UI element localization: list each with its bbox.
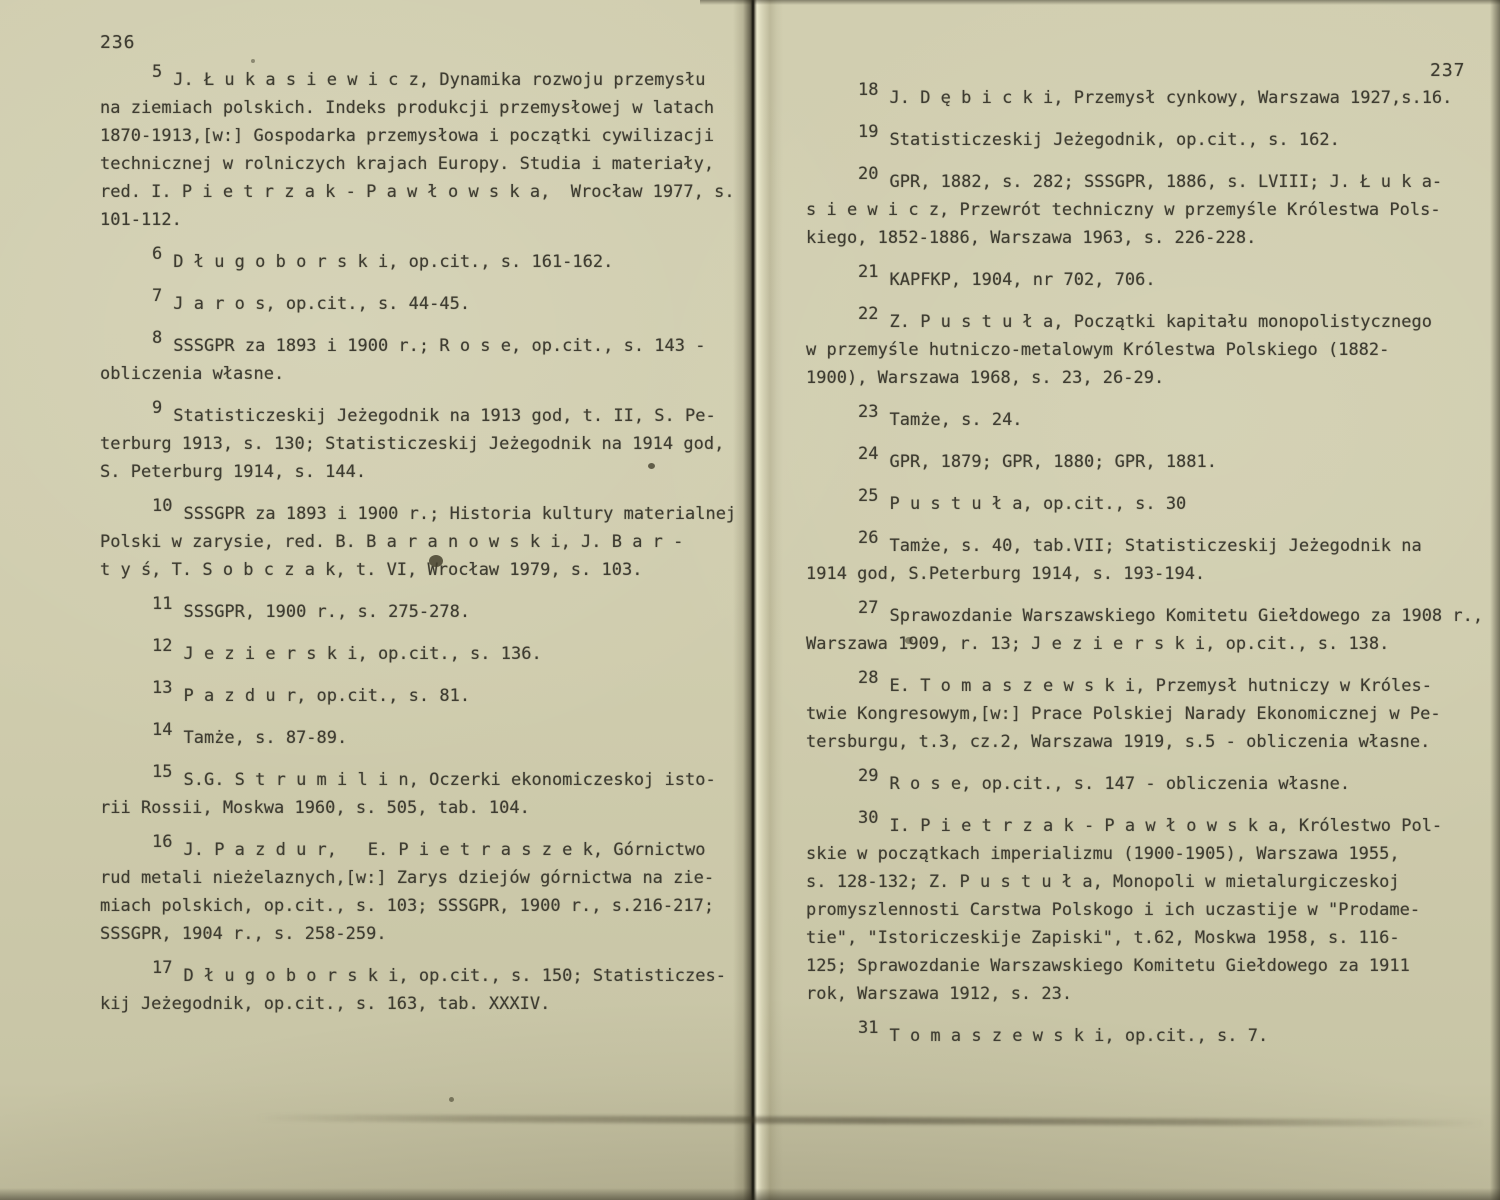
footnote-number: 9	[152, 394, 162, 422]
footnote-24: 24GPR, 1879; GPR, 1880; GPR, 1881.	[806, 448, 1496, 476]
footnote-line: Warszawa 1909, r. 13; J e z i e r s k i,…	[806, 630, 1496, 658]
footnote-text: J e z i e r s k i, op.cit., s. 136.	[183, 644, 541, 664]
footnote-number: 7	[152, 282, 162, 310]
photo-edge-right	[1490, 0, 1500, 1200]
footnote-line: 101-112.	[100, 206, 750, 234]
footnote-line: kij Jeżegodnik, op.cit., s. 163, tab. XX…	[100, 990, 750, 1018]
footnote-text: P u s t u ł a, op.cit., s. 30	[889, 494, 1186, 514]
footnote-text: Statisticzeskij Jeżegodnik, op.cit., s. …	[889, 130, 1339, 150]
footnote-line: 22Z. P u s t u ł a, Początki kapitału mo…	[806, 308, 1496, 336]
footnote-text: Sprawozdanie Warszawskiego Komitetu Gieł…	[889, 606, 1483, 626]
footnote-text: R o s e, op.cit., s. 147 - obliczenia wł…	[889, 774, 1350, 794]
ink-speck	[449, 1097, 454, 1102]
footnote-number: 29	[858, 762, 878, 790]
footnote-6: 6D ł u g o b o r s k i, op.cit., s. 161-…	[100, 248, 750, 276]
footnote-text: P a z d u r, op.cit., s. 81.	[183, 686, 470, 706]
footnote-line: 14Tamże, s. 87-89.	[100, 724, 750, 752]
footnote-28: 28E. T o m a s z e w s k i, Przemysł hut…	[806, 672, 1496, 756]
footnote-text: I. P i e t r z a k - P a w ł o w s k a, …	[889, 816, 1442, 836]
footnote-number: 14	[152, 716, 172, 744]
footnote-number: 30	[858, 804, 878, 832]
footnote-line: 13P a z d u r, op.cit., s. 81.	[100, 682, 750, 710]
footnote-number: 16	[152, 828, 172, 856]
footnote-number: 6	[152, 240, 162, 268]
footnote-line: 11SSSGPR, 1900 r., s. 275-278.	[100, 598, 750, 626]
footnote-number: 23	[858, 398, 878, 426]
footnote-19: 19Statisticzeskij Jeżegodnik, op.cit., s…	[806, 126, 1496, 154]
footnote-line: miach polskich, op.cit., s. 103; SSSGPR,…	[100, 892, 750, 920]
footnote-text: Tamże, s. 40, tab.VII; Statisticzeskij J…	[889, 536, 1421, 556]
footnote-number: 26	[858, 524, 878, 552]
footnote-line: 8SSSGPR za 1893 i 1900 r.; R o s e, op.c…	[100, 332, 750, 360]
footnote-line: rok, Warszawa 1912, s. 23.	[806, 980, 1496, 1008]
footnote-line: 1870-1913,[w:] Gospodarka przemysłowa i …	[100, 122, 750, 150]
pencil-smudge	[255, 1114, 1485, 1126]
ink-blot	[429, 555, 443, 567]
footnote-number: 31	[858, 1014, 878, 1042]
footnotes-right: 18J. D ę b i c k i, Przemysł cynkowy, Wa…	[806, 84, 1496, 1064]
page-number-right: 237	[1430, 60, 1466, 81]
footnote-31: 31T o m a s z e w s k i, op.cit., s. 7.	[806, 1022, 1496, 1050]
footnote-line: 30I. P i e t r z a k - P a w ł o w s k a…	[806, 812, 1496, 840]
footnote-27: 27Sprawozdanie Warszawskiego Komitetu Gi…	[806, 602, 1496, 658]
footnote-line: tie", "Istoriczeskije Zapiski", t.62, Mo…	[806, 924, 1496, 952]
footnote-number: 24	[858, 440, 878, 468]
book-gutter	[733, 0, 783, 1200]
footnote-line: kiego, 1852-1886, Warszawa 1963, s. 226-…	[806, 224, 1496, 252]
footnote-text: Tamże, s. 24.	[889, 410, 1022, 430]
footnote-line: technicznej w rolniczych krajach Europy.…	[100, 150, 750, 178]
footnote-26: 26Tamże, s. 40, tab.VII; Statisticzeskij…	[806, 532, 1496, 588]
footnote-text: SSSGPR za 1893 i 1900 r.; Historia kultu…	[183, 504, 736, 524]
footnote-line: 25P u s t u ł a, op.cit., s. 30	[806, 490, 1496, 518]
footnote-21: 21KAPFKP, 1904, nr 702, 706.	[806, 266, 1496, 294]
footnote-12: 12J e z i e r s k i, op.cit., s. 136.	[100, 640, 750, 668]
footnote-number: 18	[858, 76, 878, 104]
footnote-text: SSSGPR, 1900 r., s. 275-278.	[183, 602, 470, 622]
footnote-25: 25P u s t u ł a, op.cit., s. 30	[806, 490, 1496, 518]
footnote-text: J. Ł u k a s i e w i c z, Dynamika rozwo…	[173, 70, 705, 90]
gutter-fold-line	[752, 0, 754, 1200]
footnote-line: rud metali nieżelaznych,[w:] Zarys dziej…	[100, 864, 750, 892]
footnote-line: 20GPR, 1882, s. 282; SSSGPR, 1886, s. LV…	[806, 168, 1496, 196]
footnote-30: 30I. P i e t r z a k - P a w ł o w s k a…	[806, 812, 1496, 1008]
footnote-line: terburg 1913, s. 130; Statisticzeskij Je…	[100, 430, 750, 458]
footnote-line: skie w początkach imperializmu (1900-190…	[806, 840, 1496, 868]
footnote-number: 5	[152, 58, 162, 86]
footnote-29: 29R o s e, op.cit., s. 147 - obliczenia …	[806, 770, 1496, 798]
footnote-line: Polski w zarysie, red. B. B a r a n o w …	[100, 528, 750, 556]
footnote-line: 18J. D ę b i c k i, Przemysł cynkowy, Wa…	[806, 84, 1496, 112]
footnote-number: 19	[858, 118, 878, 146]
footnote-line: 10SSSGPR za 1893 i 1900 r.; Historia kul…	[100, 500, 750, 528]
footnote-22: 22Z. P u s t u ł a, Początki kapitału mo…	[806, 308, 1496, 392]
footnote-16: 16J. P a z d u r, E. P i e t r a s z e k…	[100, 836, 750, 948]
footnote-text: Statisticzeskij Jeżegodnik na 1913 god, …	[173, 406, 715, 426]
footnote-line: 23Tamże, s. 24.	[806, 406, 1496, 434]
footnote-number: 8	[152, 324, 162, 352]
footnote-13: 13P a z d u r, op.cit., s. 81.	[100, 682, 750, 710]
footnote-line: twie Kongresowym,[w:] Prace Polskiej Nar…	[806, 700, 1496, 728]
footnote-line: 26Tamże, s. 40, tab.VII; Statisticzeskij…	[806, 532, 1496, 560]
footnote-line: 16J. P a z d u r, E. P i e t r a s z e k…	[100, 836, 750, 864]
photo-edge-top	[700, 0, 1500, 5]
footnote-line: 31T o m a s z e w s k i, op.cit., s. 7.	[806, 1022, 1496, 1050]
footnote-line: s. 128-132; Z. P u s t u ł a, Monopoli w…	[806, 868, 1496, 896]
footnote-line: obliczenia własne.	[100, 360, 750, 388]
footnote-10: 10SSSGPR za 1893 i 1900 r.; Historia kul…	[100, 500, 750, 584]
footnote-line: 28E. T o m a s z e w s k i, Przemysł hut…	[806, 672, 1496, 700]
footnote-line: 1914 god, S.Peterburg 1914, s. 193-194.	[806, 560, 1496, 588]
footnote-23: 23Tamże, s. 24.	[806, 406, 1496, 434]
footnote-text: D ł u g o b o r s k i, op.cit., s. 150; …	[183, 966, 725, 986]
footnote-line: 27Sprawozdanie Warszawskiego Komitetu Gi…	[806, 602, 1496, 630]
footnote-line: 15S.G. S t r u m i l i n, Oczerki ekonom…	[100, 766, 750, 794]
footnote-text: KAPFKP, 1904, nr 702, 706.	[889, 270, 1155, 290]
footnote-line: 21KAPFKP, 1904, nr 702, 706.	[806, 266, 1496, 294]
footnote-line: 1900), Warszawa 1968, s. 23, 26-29.	[806, 364, 1496, 392]
footnote-text: SSSGPR za 1893 i 1900 r.; R o s e, op.ci…	[173, 336, 705, 356]
footnote-number: 10	[152, 492, 172, 520]
footnote-line: na ziemiach polskich. Indeks produkcji p…	[100, 94, 750, 122]
page-number-left: 236	[100, 32, 136, 53]
ink-speck	[251, 59, 255, 63]
footnote-line: w przemyśle hutniczo-metalowym Królestwa…	[806, 336, 1496, 364]
footnotes-left: 5J. Ł u k a s i e w i c z, Dynamika rozw…	[100, 66, 750, 1032]
footnote-number: 11	[152, 590, 172, 618]
photo-edge-bottom	[0, 1188, 1500, 1200]
footnote-number: 21	[858, 258, 878, 286]
footnote-7: 7J a r o s, op.cit., s. 44-45.	[100, 290, 750, 318]
footnote-line: 7J a r o s, op.cit., s. 44-45.	[100, 290, 750, 318]
footnote-number: 25	[858, 482, 878, 510]
footnote-line: tersburgu, t.3, cz.2, Warszawa 1919, s.5…	[806, 728, 1496, 756]
footnote-text: GPR, 1879; GPR, 1880; GPR, 1881.	[889, 452, 1217, 472]
footnote-number: 20	[858, 160, 878, 188]
footnote-line: 17D ł u g o b o r s k i, op.cit., s. 150…	[100, 962, 750, 990]
footnote-line: 5J. Ł u k a s i e w i c z, Dynamika rozw…	[100, 66, 750, 94]
footnote-text: T o m a s z e w s k i, op.cit., s. 7.	[889, 1026, 1268, 1046]
footnote-line: 9Statisticzeskij Jeżegodnik na 1913 god,…	[100, 402, 750, 430]
footnote-line: promyszlennosti Carstwa Polskogo i ich u…	[806, 896, 1496, 924]
footnote-text: GPR, 1882, s. 282; SSSGPR, 1886, s. LVII…	[889, 172, 1442, 192]
footnote-text: D ł u g o b o r s k i, op.cit., s. 161-1…	[173, 252, 613, 272]
footnote-line: s i e w i c z, Przewrót techniczny w prz…	[806, 196, 1496, 224]
footnote-14: 14Tamże, s. 87-89.	[100, 724, 750, 752]
footnote-line: t y ś, T. S o b c z a k, t. VI, Wrocław …	[100, 556, 750, 584]
footnote-text: E. T o m a s z e w s k i, Przemysł hutni…	[889, 676, 1431, 696]
footnote-number: 13	[152, 674, 172, 702]
footnote-number: 27	[858, 594, 878, 622]
footnote-17: 17D ł u g o b o r s k i, op.cit., s. 150…	[100, 962, 750, 1018]
ink-speck	[648, 463, 655, 469]
footnote-number: 22	[858, 300, 878, 328]
footnote-line: red. I. P i e t r z a k - P a w ł o w s …	[100, 178, 750, 206]
footnote-text: J. D ę b i c k i, Przemysł cynkowy, Wars…	[889, 88, 1452, 108]
footnote-number: 17	[152, 954, 172, 982]
footnote-9: 9Statisticzeskij Jeżegodnik na 1913 god,…	[100, 402, 750, 486]
footnote-line: 12J e z i e r s k i, op.cit., s. 136.	[100, 640, 750, 668]
footnote-number: 15	[152, 758, 172, 786]
ink-speck	[905, 637, 913, 644]
footnote-18: 18J. D ę b i c k i, Przemysł cynkowy, Wa…	[806, 84, 1496, 112]
footnote-text: S.G. S t r u m i l i n, Oczerki ekonomic…	[183, 770, 715, 790]
footnote-number: 12	[152, 632, 172, 660]
footnote-text: Tamże, s. 87-89.	[183, 728, 347, 748]
footnote-5: 5J. Ł u k a s i e w i c z, Dynamika rozw…	[100, 66, 750, 234]
footnote-line: 125; Sprawozdanie Warszawskiego Komitetu…	[806, 952, 1496, 980]
footnote-11: 11SSSGPR, 1900 r., s. 275-278.	[100, 598, 750, 626]
footnote-text: J a r o s, op.cit., s. 44-45.	[173, 294, 470, 314]
footnote-line: rii Rossii, Moskwa 1960, s. 505, tab. 10…	[100, 794, 750, 822]
footnote-line: 6D ł u g o b o r s k i, op.cit., s. 161-…	[100, 248, 750, 276]
footnote-line: 24GPR, 1879; GPR, 1880; GPR, 1881.	[806, 448, 1496, 476]
book-spread: 236 5J. Ł u k a s i e w i c z, Dynamika …	[0, 0, 1500, 1200]
footnote-text: Z. P u s t u ł a, Początki kapitału mono…	[889, 312, 1431, 332]
footnote-line: 19Statisticzeskij Jeżegodnik, op.cit., s…	[806, 126, 1496, 154]
footnote-20: 20GPR, 1882, s. 282; SSSGPR, 1886, s. LV…	[806, 168, 1496, 252]
footnote-line: 29R o s e, op.cit., s. 147 - obliczenia …	[806, 770, 1496, 798]
footnote-15: 15S.G. S t r u m i l i n, Oczerki ekonom…	[100, 766, 750, 822]
footnote-8: 8SSSGPR za 1893 i 1900 r.; R o s e, op.c…	[100, 332, 750, 388]
footnote-text: J. P a z d u r, E. P i e t r a s z e k, …	[183, 840, 705, 860]
footnote-number: 28	[858, 664, 878, 692]
footnote-line: SSSGPR, 1904 r., s. 258-259.	[100, 920, 750, 948]
